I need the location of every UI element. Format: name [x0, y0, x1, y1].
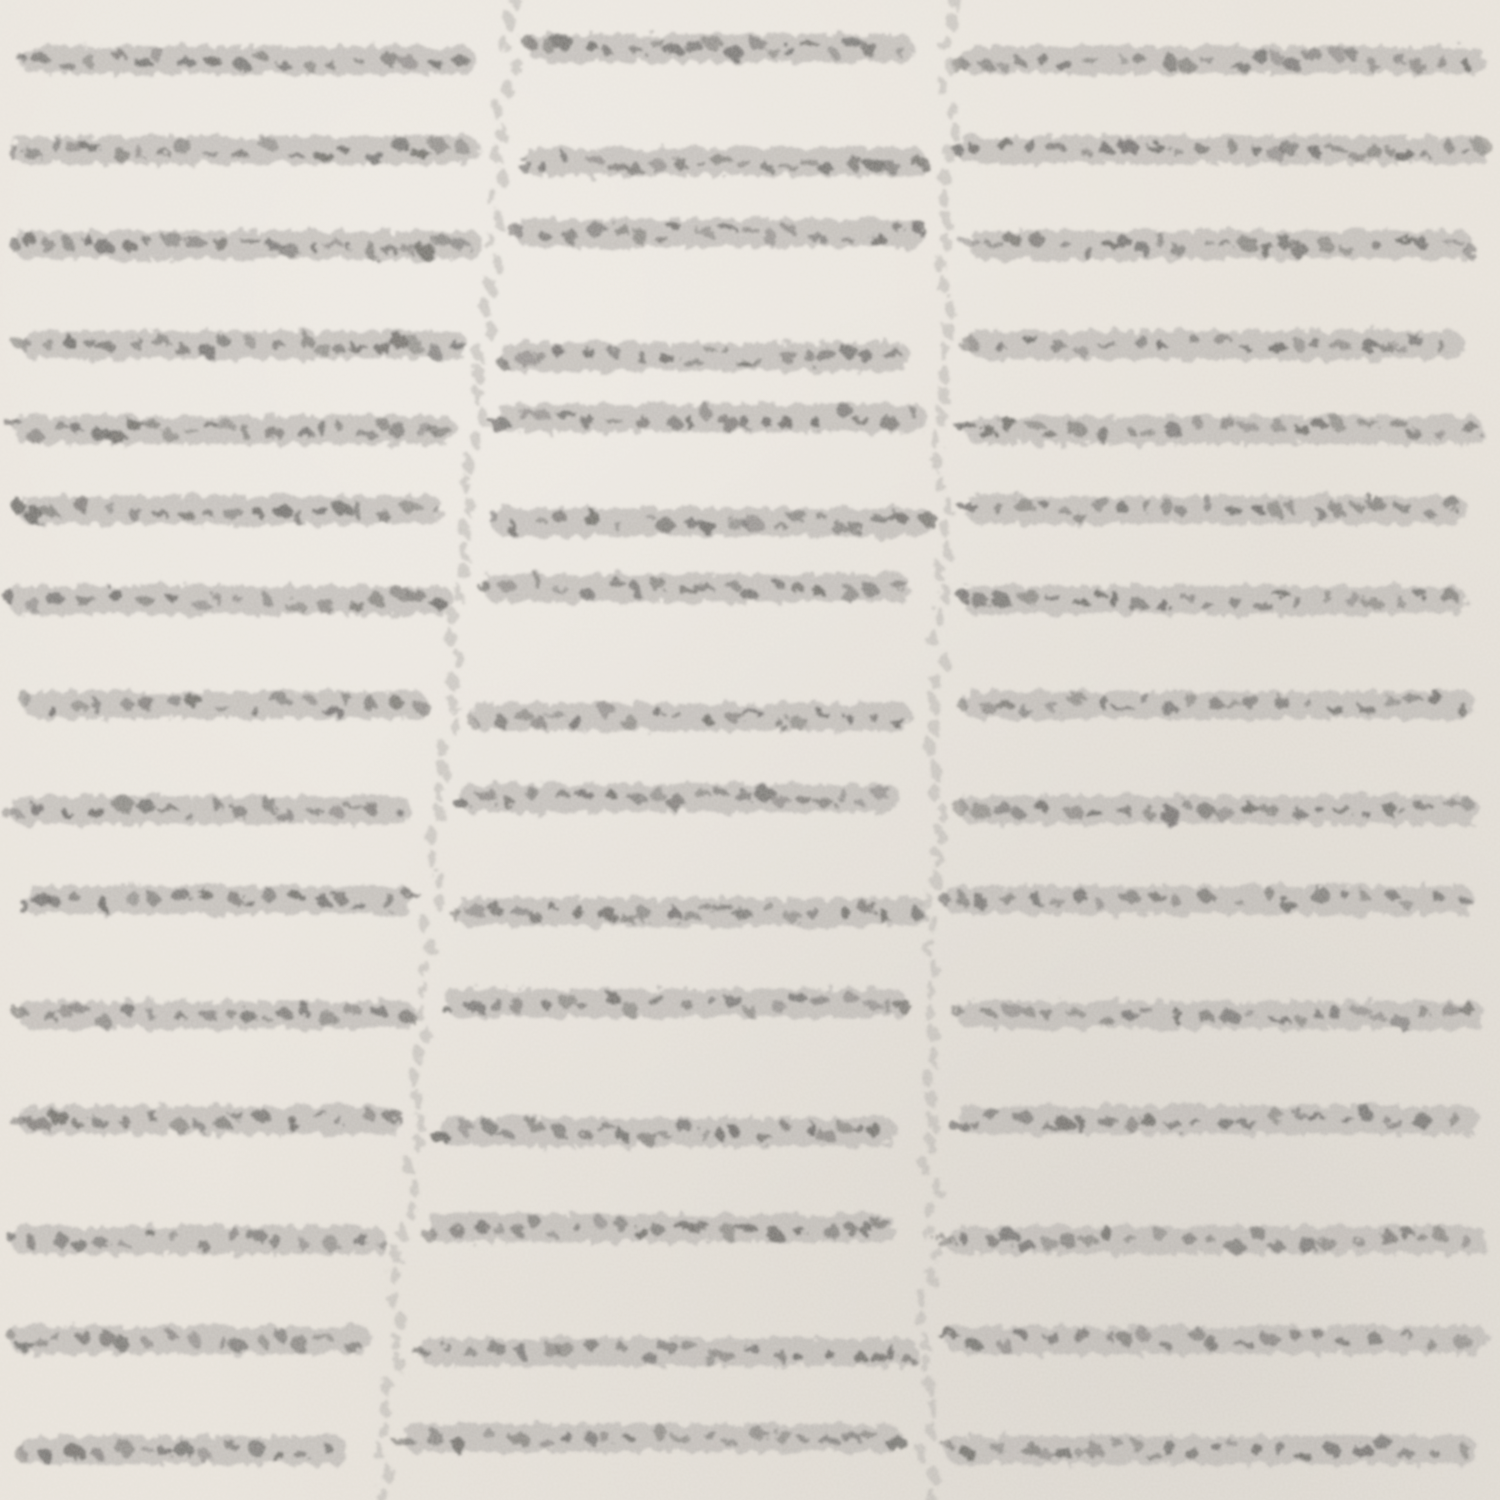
- pile-texture-overlay: [0, 0, 1500, 1500]
- carpet-pattern: [0, 0, 1500, 1500]
- carpet-texture-photo: [0, 0, 1500, 1500]
